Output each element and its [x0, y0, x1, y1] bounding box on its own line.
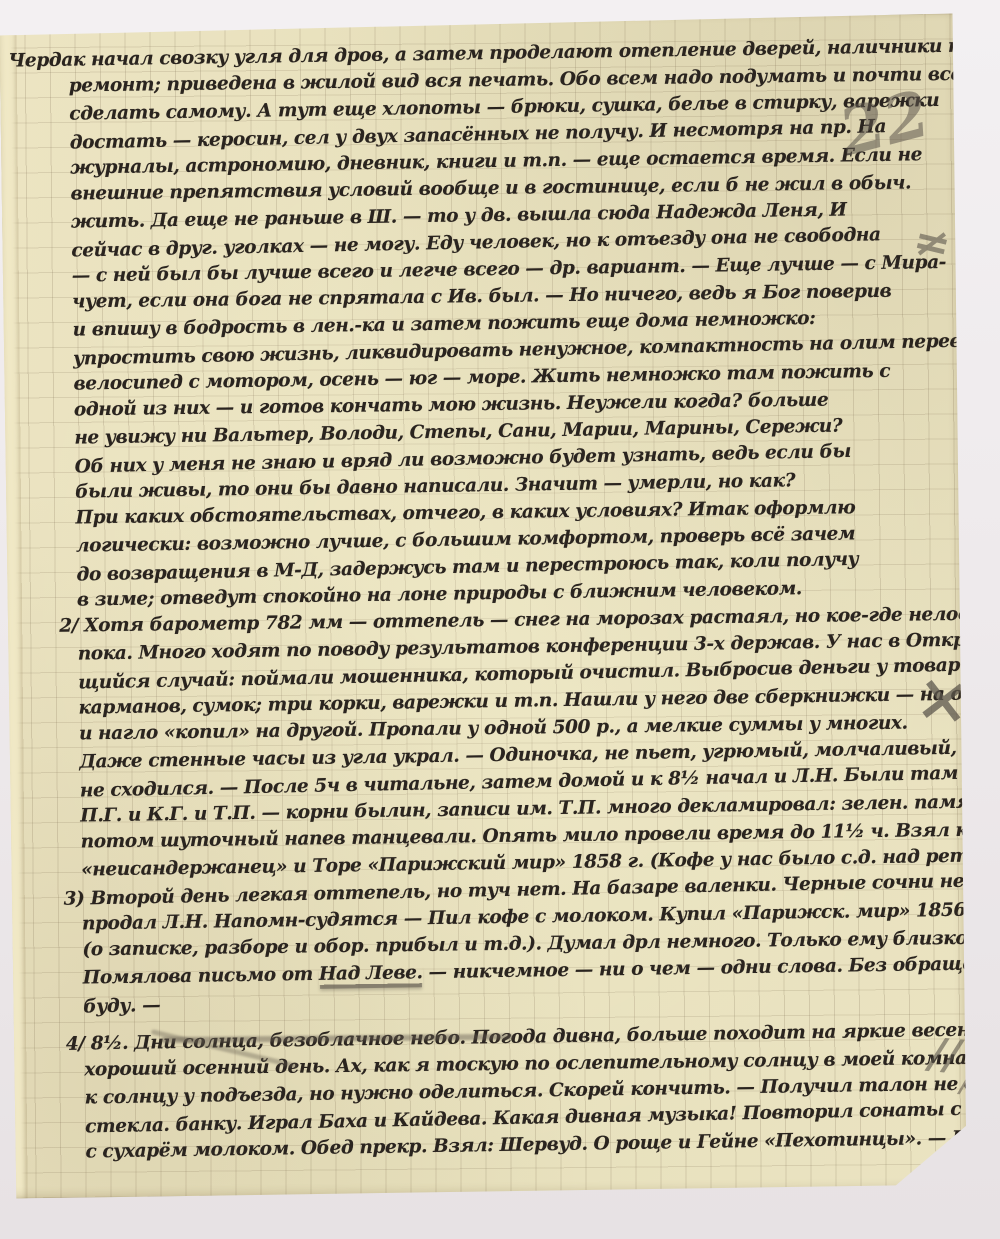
underlined-phrase: Над Леве.	[319, 962, 423, 985]
manuscript-page: Чердак начал свозку угля для дров, а зат…	[0, 13, 967, 1198]
handwriting: Чердак начал свозку угля для дров, а зат…	[68, 33, 965, 1166]
pencil-slash-mark-top: /	[965, 130, 986, 172]
scan-background: Чердак начал свозку угля для дров, а зат…	[0, 0, 1000, 1239]
pencil-x-mark: ×	[960, 889, 989, 923]
